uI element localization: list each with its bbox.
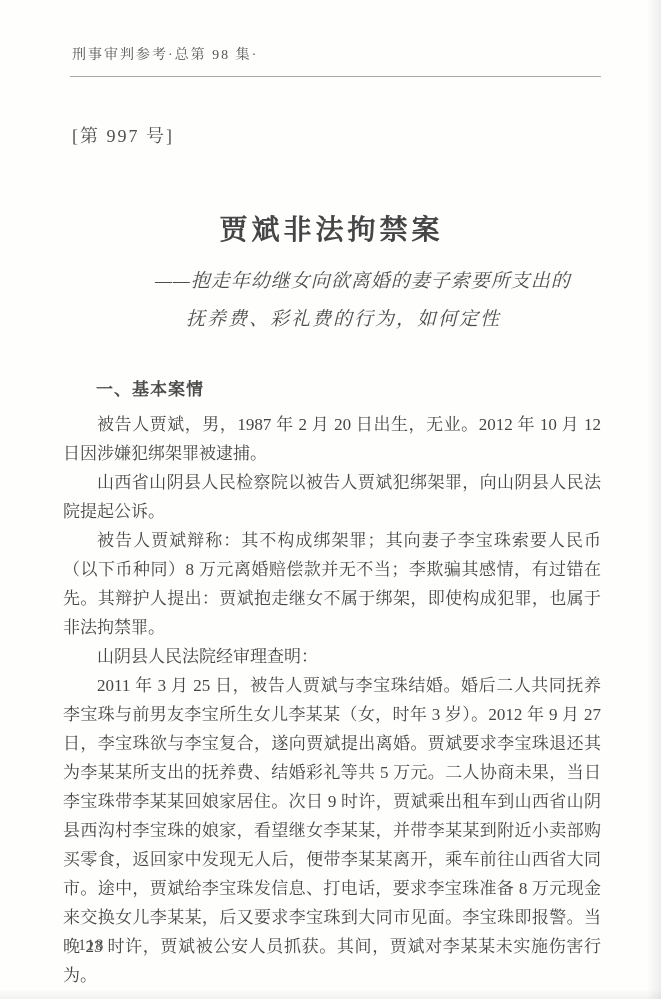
body-text-block: 被告人贾斌，男，1987 年 2 月 20 日出生，无业。2012 年 10 月… — [63, 410, 601, 990]
case-subtitle-line-2: 抚养费、彩礼费的行为，如何定性 — [186, 304, 501, 331]
body-paragraph: 山西省山阴县人民检察院以被告人贾斌犯绑架罪，向山阴县人民法院提起公诉。 — [63, 468, 601, 526]
body-paragraph: 被告人贾斌辩称：其不构成绑架罪；其向妻子李宝珠索要人民币（以下币种同）8 万元离… — [63, 526, 601, 642]
body-paragraph: 被告人贾斌，男，1987 年 2 月 20 日出生，无业。2012 年 10 月… — [63, 410, 601, 468]
running-header: 刑事审判参考·总第 98 集· — [72, 44, 258, 64]
case-title: 贾斌非法拘禁案 — [63, 208, 600, 248]
header-divider-rule — [70, 76, 601, 77]
case-number: [第 997 号] — [72, 122, 174, 148]
body-paragraph: 山阴县人民法院经审理查明： — [63, 642, 601, 671]
scanned-book-page: 刑事审判参考·总第 98 集· [第 997 号] 贾斌非法拘禁案 ——抱走年幼… — [0, 0, 661, 999]
section-heading-basic-facts: 一、基本案情 — [96, 375, 204, 400]
case-subtitle-line-1: ——抱走年幼继女向欲离婚的妻子索要所支出的 — [155, 266, 571, 293]
body-paragraph: 2011 年 3 月 25 日，被告人贾斌与李宝珠结婚。婚后二人共同抚养李宝珠与… — [63, 671, 601, 990]
page-number: 118 — [78, 937, 104, 955]
